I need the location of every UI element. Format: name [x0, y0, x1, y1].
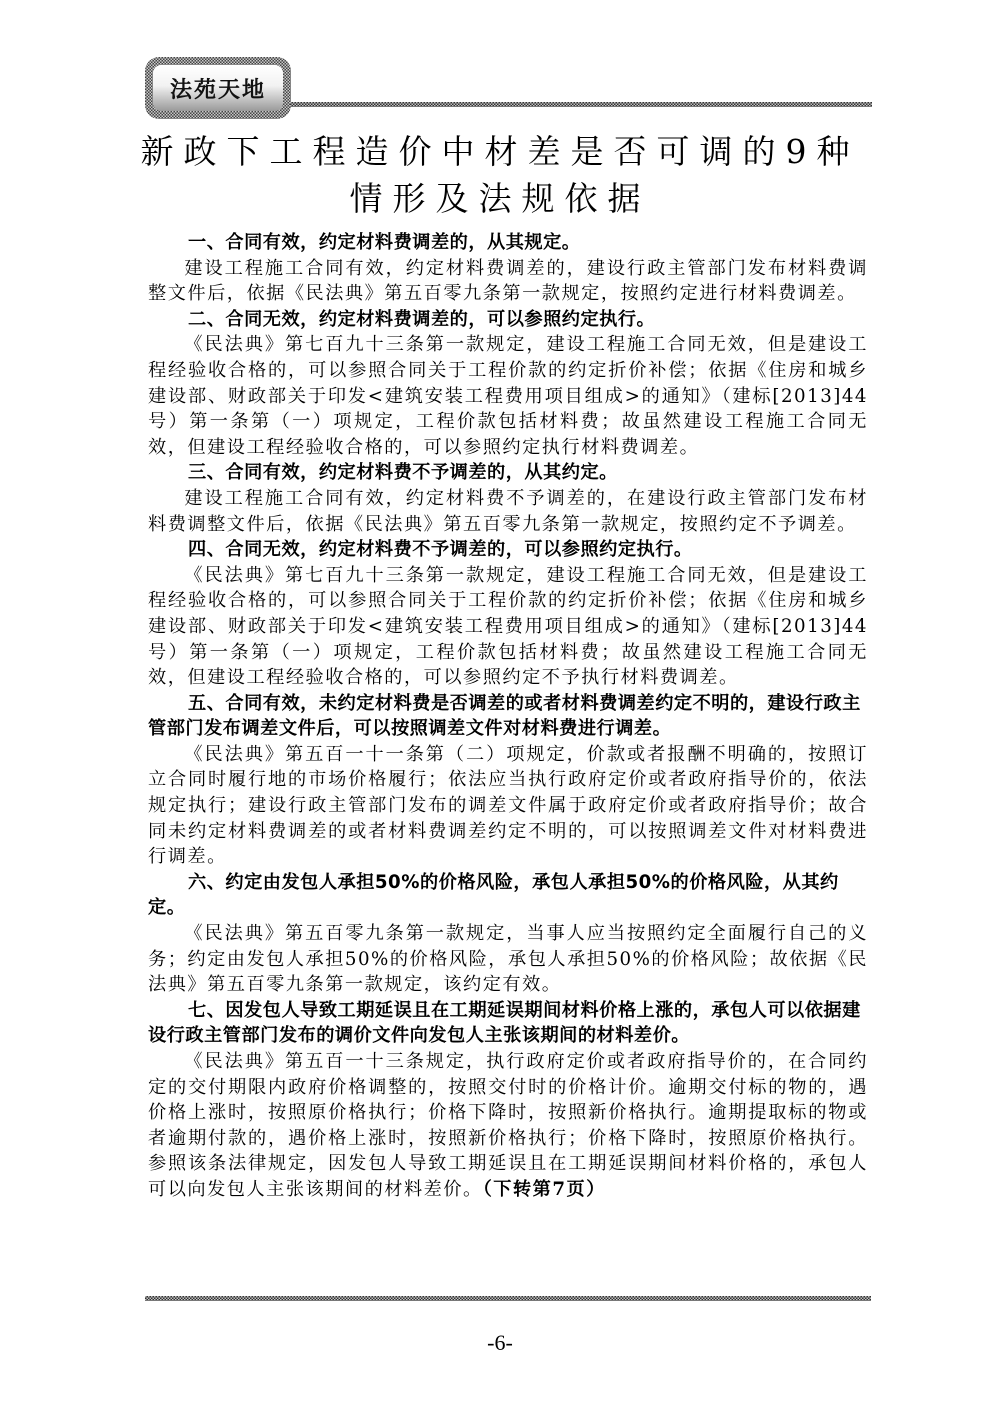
section-badge-label: 法苑天地 — [170, 73, 266, 104]
section-heading-6: 六、约定由发包人承担50%的价格风险，承包人承担50%的价格风险，从其约定。 — [148, 870, 868, 921]
article-body: 一、合同有效，约定材料费调差的，从其规定。 建设工程施工合同有效，约定材料费调差… — [148, 230, 868, 1203]
section-heading-2: 二、合同无效，约定材料费调差的，可以参照约定执行。 — [148, 307, 868, 333]
section-heading-3: 三、合同有效，约定材料费不予调差的，从其约定。 — [148, 460, 868, 486]
section-heading-5: 五、合同有效，未约定材料费是否调差的或者材料费调差约定不明的，建设行政主管部门发… — [148, 691, 868, 742]
section-body-2: 《民法典》第七百九十三条第一款规定，建设工程施工合同无效，但是建设工程经验收合格… — [148, 332, 868, 460]
continued-on-page-note[interactable]: （下转第7页） — [483, 1179, 606, 1200]
header-rule — [290, 102, 872, 107]
section-badge-inner: 法苑天地 — [153, 65, 283, 111]
section-body-5: 《民法典》第五百一十一条第（二）项规定，价款或者报酬不明确的，按照订立合同时履行… — [148, 742, 868, 870]
article-title-line-2: 情形及法规依据 — [130, 177, 870, 221]
section-body-7: 《民法典》第五百一十三条规定，执行政府定价或者政府指导价的，在合同约定的交付期限… — [148, 1049, 868, 1203]
section-body-4: 《民法典》第七百九十三条第一款规定，建设工程施工合同无效，但是建设工程经验收合格… — [148, 563, 868, 691]
section-body-7-text: 《民法典》第五百一十三条规定，执行政府定价或者政府指导价的，在合同约定的交付期限… — [148, 1051, 868, 1200]
section-badge: 法苑天地 — [145, 57, 291, 119]
footer-rule — [145, 1296, 871, 1301]
page-number: -6- — [0, 1330, 1000, 1356]
section-body-3: 建设工程施工合同有效，约定材料费不予调差的，在建设行政主管部门发布材料费调整文件… — [148, 486, 868, 537]
section-heading-1: 一、合同有效，约定材料费调差的，从其规定。 — [148, 230, 868, 256]
section-body-1: 建设工程施工合同有效，约定材料费调差的，建设行政主管部门发布材料费调整文件后，依… — [148, 256, 868, 307]
article-title-line-1: 新政下工程造价中材差是否可调的9种 — [130, 130, 870, 174]
section-body-6: 《民法典》第五百零九条第一款规定，当事人应当按照约定全面履行自己的义务；约定由发… — [148, 921, 868, 998]
section-heading-7: 七、因发包人导致工期延误且在工期延误期间材料价格上涨的，承包人可以依据建设行政主… — [148, 998, 868, 1049]
section-heading-4: 四、合同无效，约定材料费不予调差的，可以参照约定执行。 — [148, 537, 868, 563]
